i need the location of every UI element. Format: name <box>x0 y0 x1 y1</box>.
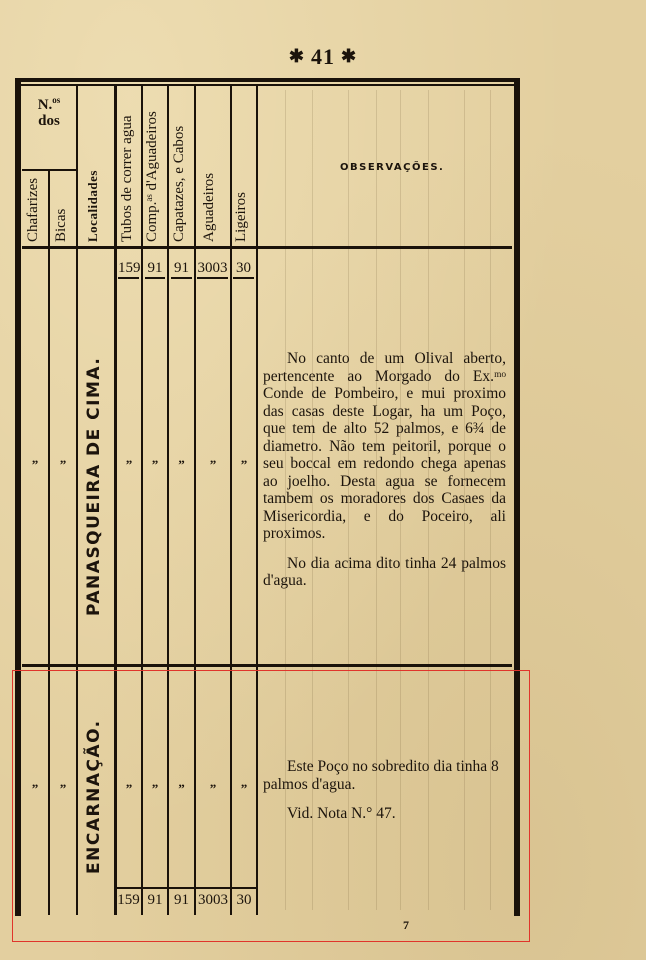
row1-ligeiros: ” <box>232 457 256 473</box>
nos-superscript: os <box>52 95 60 105</box>
header-comp-aguadeiros: Comp.ᵃˢ d'Aguadeiros <box>145 90 165 242</box>
header-nos-dos: N.os dos <box>22 92 76 129</box>
header-bottom-rule <box>22 246 512 249</box>
table-frame-inner-rule <box>21 84 514 86</box>
carried-total-ligeiros: 30 <box>233 260 254 279</box>
header-observacoes: OBSERVAÇÕES. <box>340 162 444 173</box>
header-bicas: Bicas <box>54 200 74 242</box>
header-aguadeiros: Aguadeiros <box>202 160 222 242</box>
row-divider <box>22 664 512 667</box>
row1-chafarizes: ” <box>22 457 48 473</box>
header-localidades: Localidades <box>86 148 106 242</box>
header-ligeiros: Ligeiros <box>234 184 254 242</box>
nos-label: N. <box>38 97 53 113</box>
highlight-box <box>12 670 530 942</box>
row1-observation-paragraph: No dia acima dito tinha 24 palmos d'agua… <box>263 555 506 590</box>
header-capatazes-e-cabos: Capatazes, e Cabos <box>172 104 192 242</box>
header-chafarizes: Chafarizes <box>26 170 46 242</box>
row1-aguadeiros: ” <box>196 457 230 473</box>
carried-total-tubos: 159 <box>118 260 139 279</box>
dos-label: dos <box>22 113 76 129</box>
page-number-value: 41 <box>311 44 335 69</box>
carried-total-comp: 91 <box>145 260 165 279</box>
row1-tubos: ” <box>117 457 141 473</box>
row1-locality: PANASQUEIRA DE CIMA. <box>84 334 108 616</box>
header-tubos-de-correr-agua: Tubos de correr agua <box>120 90 140 242</box>
row1-observations: No canto de um Olival aberto, pertencent… <box>263 350 506 590</box>
carried-total-capatazes: 91 <box>171 260 192 279</box>
row1-comp: ” <box>143 457 167 473</box>
row1-observation-paragraph: No canto de um Olival aberto, pertencent… <box>263 350 506 543</box>
star-ornament-icon: ✱ <box>289 46 305 66</box>
row1-capatazes: ” <box>169 457 194 473</box>
row1-bicas: ” <box>50 457 76 473</box>
star-ornament-icon: ✱ <box>341 46 357 66</box>
page-number: ✱41✱ <box>0 44 646 70</box>
carried-total-aguadeiros: 3003 <box>197 260 228 279</box>
